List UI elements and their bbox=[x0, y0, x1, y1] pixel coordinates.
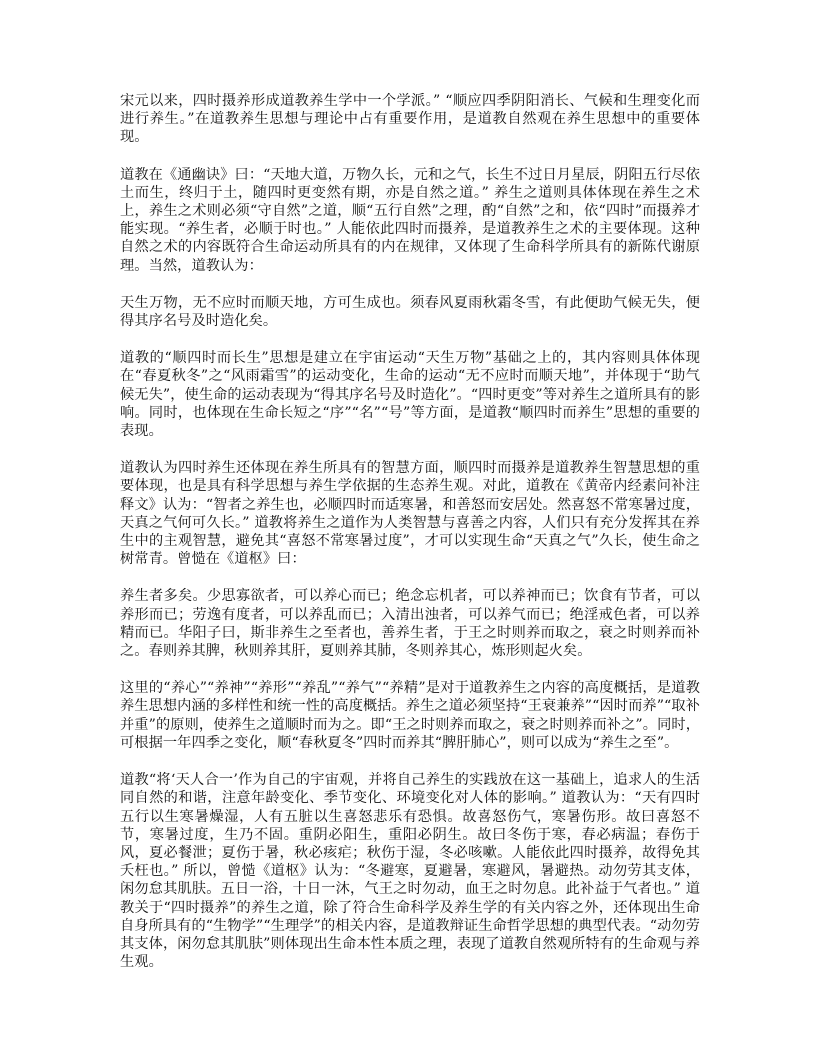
paragraph-1: 宋元以来，四时摄养形成道教养生学中一个学派。” “顺应四季阴阳消长、气候和生理变… bbox=[120, 92, 700, 147]
document-page: 宋元以来，四时摄养形成道教养生学中一个学派。” “顺应四季阴阳消长、气候和生理变… bbox=[120, 92, 700, 990]
paragraph-4: 道教认为四时养生还体现在养生所具有的智慧方面，顺四时而摄养是道教养生智慧思想的重… bbox=[120, 459, 700, 568]
paragraph-6: 道教“将‘天人合一’作为自己的宇宙观，并将自己养生的实践放在这一基础上，追求人的… bbox=[120, 771, 700, 971]
paragraph-2: 道教在《通幽诀》曰：“天地大道，万物久长，元和之气，长生不过日月星辰，阴阳五行尽… bbox=[120, 166, 700, 275]
quote-paragraph-2: 养生者多矣。少思寡欲者，可以养心而已；绝念忘机者，可以养神而已；饮食有节者，可以… bbox=[120, 587, 700, 660]
paragraph-3: 道教的“顺四时而长生”思想是建立在宇宙运动“天生万物”基础之上的，其内容则具体体… bbox=[120, 349, 700, 440]
quote-paragraph-1: 天生万物，无不应时而顺天地，方可生成也。须春风夏雨秋霜冬雪，有此便助气候无失，便… bbox=[120, 294, 700, 330]
paragraph-5: 这里的“养心”“养神”“养形”“养乱”“养气”“养精”是对于道教养生之内容的高度… bbox=[120, 679, 700, 752]
